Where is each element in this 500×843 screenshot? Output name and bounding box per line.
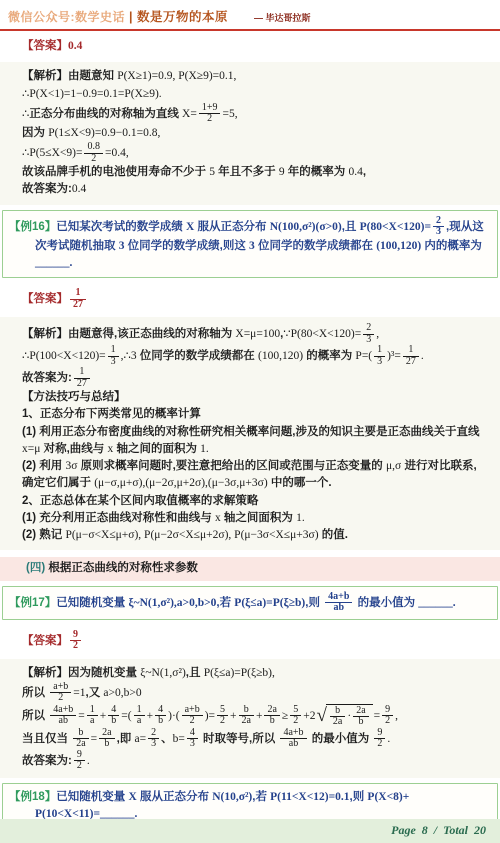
text-run: 2 [217,715,228,727]
fraction: 4a+bab [325,592,352,614]
text-run: 由题意知 [68,70,117,82]
fraction: 1+92 [199,103,221,125]
fraction: 23 [148,728,159,750]
text-run: b [99,738,114,750]
text-line: ______. [9,255,489,272]
text-line: (2) 熟记 P(μ−σ<X≤μ+σ), P(μ−2σ<X≤μ+2σ), P(μ… [22,527,488,544]
fraction: 1a [134,705,145,727]
text-run: 27 [70,299,86,311]
text-run: 【例16】 [9,221,56,233]
text-run: , [395,710,398,722]
text-run: ,且 [342,221,360,233]
text-run: 根据正态曲线的对称性求参数 [48,562,198,574]
text-run: =1 [73,687,85,699]
text-line: 【答案】92 [22,630,490,652]
author-attribution: — 毕达哥拉斯 [254,11,311,24]
text-line: ∴P(5≤X<9)=0.82=0.4, [22,142,488,164]
text-run: = [78,710,85,722]
text-run: b= [173,733,185,745]
text-run: P(1≤X<9)=0.9−0.1=0.8, [48,127,160,139]
text-run: P(X≥1)=0.9, P(X≥9)=0.1, [117,70,236,82]
text-run: 原则求概率问题时,要注意把给出的区间或范围与正态变量的 [77,460,386,472]
text-run: 所以 [22,687,48,699]
text-run: 0.4 [348,166,362,178]
fraction: 23 [433,216,444,238]
text-run: 9 [374,728,385,739]
text-run: )= [205,710,215,722]
text-run: + [100,710,107,722]
text-line: 所以 4a+bab=1a+4b=(1a+4b)·(a+b2)=52+b2a+2a… [22,704,488,728]
text-line: 因为 P(1≤X<9)=0.9−0.1=0.8, [22,125,488,142]
fraction: 13 [374,345,385,367]
text-run: = [91,733,98,745]
text-run: )³= [387,350,401,362]
text-run: . [87,755,90,767]
fraction: 4a+bab [50,705,76,727]
text-run: 服从正态分布 [194,221,269,233]
answer-block-2: 【答案】127 [0,283,500,312]
text-run: ≥ [282,710,288,722]
fraction: 4b [108,705,119,727]
text-line: 【方法技巧与总结】 [22,389,488,406]
text-run: ab [50,715,76,727]
text-run: 已知随机变量 [56,597,128,609]
text-run: 【例18】 [9,791,56,803]
text-run: 2 [433,216,444,227]
text-run: (2) 熟记 [22,529,65,541]
text-run: a+b [182,705,203,716]
text-run: 2 [148,728,159,739]
fraction: a+b2 [182,705,203,727]
text-run: ,若 [252,791,270,803]
text-run: 内的概率为 [421,240,482,252]
text-run: ab [325,602,352,614]
text-run: 轴之间面积为 [221,512,296,524]
text-line: (1) 充分利用正态曲线对称性和曲线与 x 轴之间面积为 1. [22,510,488,527]
text-run: 2 [374,738,385,750]
text-run: 1 [134,705,145,716]
text-run: 3σ [65,460,77,472]
text-run: 服从正态分布 [137,791,212,803]
text-run: + [230,710,237,722]
text-run: 3 [108,356,119,368]
text-run: 2、正态总体在某个区间内取值概率的求解策略 [22,495,258,507]
text-line: (四) 根据正态曲线的对称性求参数 [26,560,490,577]
text-run: 次考试随机抽取 [35,240,119,252]
fraction: 92 [374,728,385,750]
example-box-18: 【例18】已知随机变量 X 服从正态分布 N(10,σ²),若 P(11<X<1… [2,783,498,819]
text-line: 次考试随机抽取 3 位同学的数学成绩,则这 3 位同学的数学成绩都在 (100,… [9,238,489,255]
fraction: 2ab [353,706,368,728]
text-run: μ,σ [386,460,401,472]
text-run: ______. [418,597,455,609]
page-number: Page 8 / Total 20 [391,823,486,837]
text-run: · [347,708,351,725]
text-run: 、 [161,733,173,745]
fraction: 52 [290,705,301,727]
fraction: a+b2 [50,682,71,704]
text-run: b [239,705,254,716]
text-run: ,即 [117,733,135,745]
text-run: ,则 [305,597,323,609]
text-run: 1 [74,367,90,378]
text-run: )·( [168,710,180,722]
text-run: ∴P(5≤X<9)= [22,147,82,159]
text-line: ∴P(100<X<120)=13,∴3 位同学的数学成绩都在 (100,120)… [22,345,488,367]
text-line: 当且仅当 b2a=2ab,即 a=23、b=43 时取等号,所以 4a+bab … [22,728,488,750]
text-run: 2 [84,153,103,165]
fraction: 127 [403,345,419,367]
text-line: 1、正态分布下两类常见的概率计算 [22,406,488,423]
text-line: 【答案】127 [22,288,490,310]
text-run: (1) 充分利用正态曲线对称性和曲线与 [22,512,215,524]
text-run: X= [182,108,197,120]
text-line: 故该品牌手机的电池使用寿命不少于 5 年且不多于 9 年的概率为 0.4, [22,164,488,181]
text-run: 2 [363,323,374,334]
text-run: 5 [217,705,228,716]
text-run: 4a+b [325,592,352,603]
text-run: 5 [290,705,301,716]
text-run: P(ξ≤a)=P(ξ≥b) [234,597,305,609]
text-run: 4 [108,705,119,716]
radicand: b2a·2ab [326,704,373,728]
text-run: 4a+b [280,728,306,739]
text-run: a+b [50,682,71,693]
answer-block-3: 【答案】92 [0,625,500,654]
text-run: 2 [74,760,85,772]
text-run: = [374,710,381,722]
fraction: 2ab [264,705,279,727]
text-run: X [129,791,137,803]
text-run: 1 [374,345,385,356]
text-run: 已知某次考试的数学成绩 [56,221,186,233]
text-line: P(10<X<11)=______. [9,806,489,819]
text-line: 故答案为:127 [22,367,488,389]
text-run: 4 [187,728,198,739]
text-run: 已知随机变量 [56,791,128,803]
text-run: ______. [100,808,137,819]
text-line: ∴正态分布曲线的对称轴为直线 X=1+92=5, [22,103,488,125]
text-run: =0.4, [105,147,129,159]
text-run: ______. [35,257,72,269]
text-line: 【例16】已知某次考试的数学成绩 X 服从正态分布 N(100,σ²)(σ>0)… [9,216,489,238]
text-run: ∴P(100<X<120)= [22,350,106,362]
text-run: a [134,715,145,727]
text-run: P(10<X<11)= [35,808,100,819]
example-box-16: 【例16】已知某次考试的数学成绩 X 服从正态分布 N(100,σ²)(σ>0)… [2,210,498,279]
text-run: ,若 [216,597,234,609]
text-line: ∴P(X<1)=1−0.9=0.1=P(X≥9). [22,86,488,103]
text-run: 当且仅当 [22,733,71,745]
fraction: 4a+bab [280,728,306,750]
text-run: ξ~N(1,σ²) [140,667,186,679]
text-run: ,则 [350,791,368,803]
text-line: 【解析】由题意知 P(X≥1)=0.9, P(X≥9)=0.1, [22,68,488,85]
text-run: 的概率为 [303,350,355,362]
text-run: 由题意得,该正态曲线的对称轴为 [68,328,235,340]
text-run: 【解析】 [22,70,68,82]
fraction: 92 [382,705,393,727]
text-line: (1) 利用正态分布密度曲线的对称性研究相关概率问题,涉及的知识主要是正态曲线关… [22,424,488,459]
text-run: 【例17】 [9,597,56,609]
text-run: 时取等号,所以 [200,733,279,745]
text-run: 1 [70,288,86,299]
text-run: 【方法技巧与总结】 [22,391,126,403]
text-run: 1 [108,345,119,356]
text-run: 1. [296,512,305,524]
text-run: (四) [26,562,48,574]
text-run: 1 [87,705,98,716]
text-run: =5, [222,108,237,120]
text-line: 【例17】已知随机变量 ξ~N(1,σ²),a>0,b>0,若 P(ξ≤a)=P… [9,592,489,614]
text-run: X=μ=100 [235,328,280,340]
fraction: b2a [239,705,254,727]
site-title: | 数是万物的本原 [129,7,228,25]
text-run: 【答案】 [22,40,68,52]
text-run: P(X<8)+ [367,791,409,803]
wechat-account-label: 微信公众号:数学史话 [8,8,125,25]
text-run: ∴P(X<1)=1−0.9=0.1=P(X≥9). [22,88,162,100]
fraction: 13 [108,345,119,367]
page-header: 微信公众号:数学史话 | 数是万物的本原 — 毕达哥拉斯 [0,0,500,31]
fraction: 127 [74,367,90,389]
document-page: { "header": { "left_light": "微信公众号:数学史话"… [0,0,500,843]
fraction: 2ab [99,728,114,750]
text-run: 的值. [319,529,348,541]
text-run: 2 [382,715,393,727]
text-run: . [387,733,390,745]
text-run: 9 [70,630,81,641]
text-line: 2、正态总体在某个区间内取值概率的求解策略 [22,493,488,510]
text-run: 1+9 [199,103,221,114]
text-run: 位同学的数学成绩都在 [137,350,258,362]
fraction: b2a [330,706,345,728]
fraction: 127 [70,288,86,310]
text-run: 1、正态分布下两类常见的概率计算 [22,408,201,420]
text-run: 2 [199,113,221,125]
text-line: 故答案为:0.4 [22,181,488,198]
text-run: 3 [433,226,444,238]
text-run: (1) 利用正态分布密度曲线的对称性研究相关概率问题,涉及的知识主要是正态曲线关… [22,426,479,438]
text-line: 【答案】0.4 [22,38,490,55]
text-run: 因为 [22,127,48,139]
text-run: 【答案】 [22,293,68,305]
text-run: 故答案为: [22,183,72,195]
text-run: 故该品牌手机的电池使用寿命不少于 [22,166,209,178]
text-run: 所以 [22,710,48,722]
text-run: +2 [303,710,315,722]
method-banner: (四) 根据正态曲线的对称性求参数 [0,557,500,580]
text-run: ξ~N(1,σ²),a>0,b>0 [129,597,217,609]
fraction: 4b [155,705,166,727]
text-run: ,∴3 [121,350,137,362]
text-run: ,现从这 [446,221,484,233]
text-run: 9 [382,705,393,716]
text-run: , [376,328,379,340]
text-run: x=μ [22,443,40,455]
text-line: 【例18】已知随机变量 X 服从正态分布 N(10,σ²),若 P(11<X<1… [9,789,489,806]
fraction: 52 [217,705,228,727]
text-run: a= [135,733,147,745]
text-run: ab [280,738,306,750]
text-run: a [87,715,98,727]
fraction: 0.82 [84,142,103,164]
text-run: 年的概率为 [285,166,349,178]
fraction: 23 [363,323,374,345]
text-run: a>0,b>0 [103,687,141,699]
text-run: ,又 [86,687,104,699]
text-run: 0.8 [84,142,103,153]
text-line: 【解析】由题意得,该正态曲线的对称轴为 X=μ=100,∵P(80<X<120)… [22,323,488,345]
text-run: 2 [290,715,301,727]
text-run: , [363,166,366,178]
sqrt-radical: √b2a·2ab [316,704,372,728]
text-run: 的最小值为 [309,733,373,745]
text-run: 4a+b [50,705,76,716]
text-run: 1 [403,345,419,356]
text-run: 2a [353,706,368,717]
text-run: b [353,716,368,728]
text-run: ,且 [186,667,204,679]
text-line: 【解析】因为随机变量 ξ~N(1,σ²),且 P(ξ≤a)=P(ξ≥b), [22,665,488,682]
text-run: P(80<X<120)= [360,221,431,233]
text-run: . [421,350,424,362]
text-run: 3 [374,356,385,368]
text-run: 2a [330,716,345,728]
text-run: 4 [155,705,166,716]
text-run: 0.4 [72,183,86,195]
text-run: 年且不多于 [215,166,279,178]
text-line: 所以 a+b2=1,又 a>0,b>0 [22,682,488,704]
text-run: 正态分布曲线的对称轴为直线 [29,108,182,120]
text-run: 3 [148,738,159,750]
page-footer: Page 8 / Total 20 [0,819,500,843]
text-run: 的最小值为 [354,597,418,609]
text-run: P(11<X<12)=0.1 [270,791,349,803]
text-run: 【解析】 [22,328,68,340]
text-run: + [147,710,154,722]
text-run: (2) 利用 [22,460,65,472]
text-run: (100,120) [258,350,303,362]
text-run: ∵P(80<X<120)= [283,328,361,340]
fraction: 92 [74,750,85,772]
text-run: 2 [70,640,81,652]
answer-block-1: 【答案】0.4 [0,33,500,57]
text-run: 【答案】 [22,635,68,647]
solution-block-1: 【解析】由题意知 P(X≥1)=0.9, P(X≥9)=0.1,∴P(X<1)=… [0,62,500,204]
text-run: 27 [403,356,419,368]
fraction: 1a [87,705,98,727]
text-run: 3 [363,334,374,346]
text-run: 因为随机变量 [68,667,140,679]
text-run: N(10,σ²) [212,791,252,803]
text-line: 故答案为:92. [22,750,488,772]
fraction: b2a [73,728,88,750]
text-run: 3 [187,738,198,750]
text-run: P=( [355,350,372,362]
text-run: 0.4 [68,40,82,52]
text-run: b [108,715,119,727]
text-run: (μ−σ,μ+σ),(μ−2σ,μ+2σ),(μ−3σ,μ+3σ) [94,477,267,489]
text-run: b [73,728,88,739]
text-run: P(μ−σ<X≤μ+σ), P(μ−2σ<X≤μ+2σ), P(μ−3σ<X≤μ… [65,529,318,541]
solution-block-3: 【解析】因为随机变量 ξ~N(1,σ²),且 P(ξ≤a)=P(ξ≥b),所以 … [0,659,500,778]
text-run: 轴之间的面积为 [113,443,200,455]
text-run: 27 [74,378,90,390]
text-run: 2 [50,692,71,704]
text-run: 2a [99,728,114,739]
text-run: 9 [74,750,85,761]
text-run: 1. [200,443,209,455]
text-run: b [155,715,166,727]
text-run: 【解析】 [22,667,68,679]
text-line: (2) 利用 3σ 原则求概率问题时,要注意把给出的区间或范围与正态变量的 μ,… [22,458,488,493]
text-run: P(ξ≤a)=P(ξ≥b), [204,667,275,679]
text-run: 故答案为: [22,372,72,384]
text-run: + [256,710,263,722]
text-run: 对称,曲线与 [40,443,107,455]
text-run: 中的哪一个. [268,477,332,489]
text-run: 2a [239,715,254,727]
text-run: 2a [264,705,279,716]
text-run: =( [121,710,131,722]
text-run: N(100,σ²)(σ>0) [270,221,342,233]
text-run: 位同学的数学成绩都在 [255,240,376,252]
text-run: (100,120) [376,240,421,252]
text-run: 位同学的数学成绩,则这 [124,240,249,252]
text-run: 2 [182,715,203,727]
example-box-17: 【例17】已知随机变量 ξ~N(1,σ²),a>0,b>0,若 P(ξ≤a)=P… [2,586,498,620]
document-content: 【答案】0.4【解析】由题意知 P(X≥1)=0.9, P(X≥9)=0.1,∴… [0,31,500,819]
fraction: 43 [187,728,198,750]
text-run: 故答案为: [22,755,72,767]
text-run: b [330,706,345,717]
fraction: 92 [70,630,81,652]
text-run: b [264,715,279,727]
solution-block-2: 【解析】由题意得,该正态曲线的对称轴为 X=μ=100,∵P(80<X<120)… [0,317,500,550]
